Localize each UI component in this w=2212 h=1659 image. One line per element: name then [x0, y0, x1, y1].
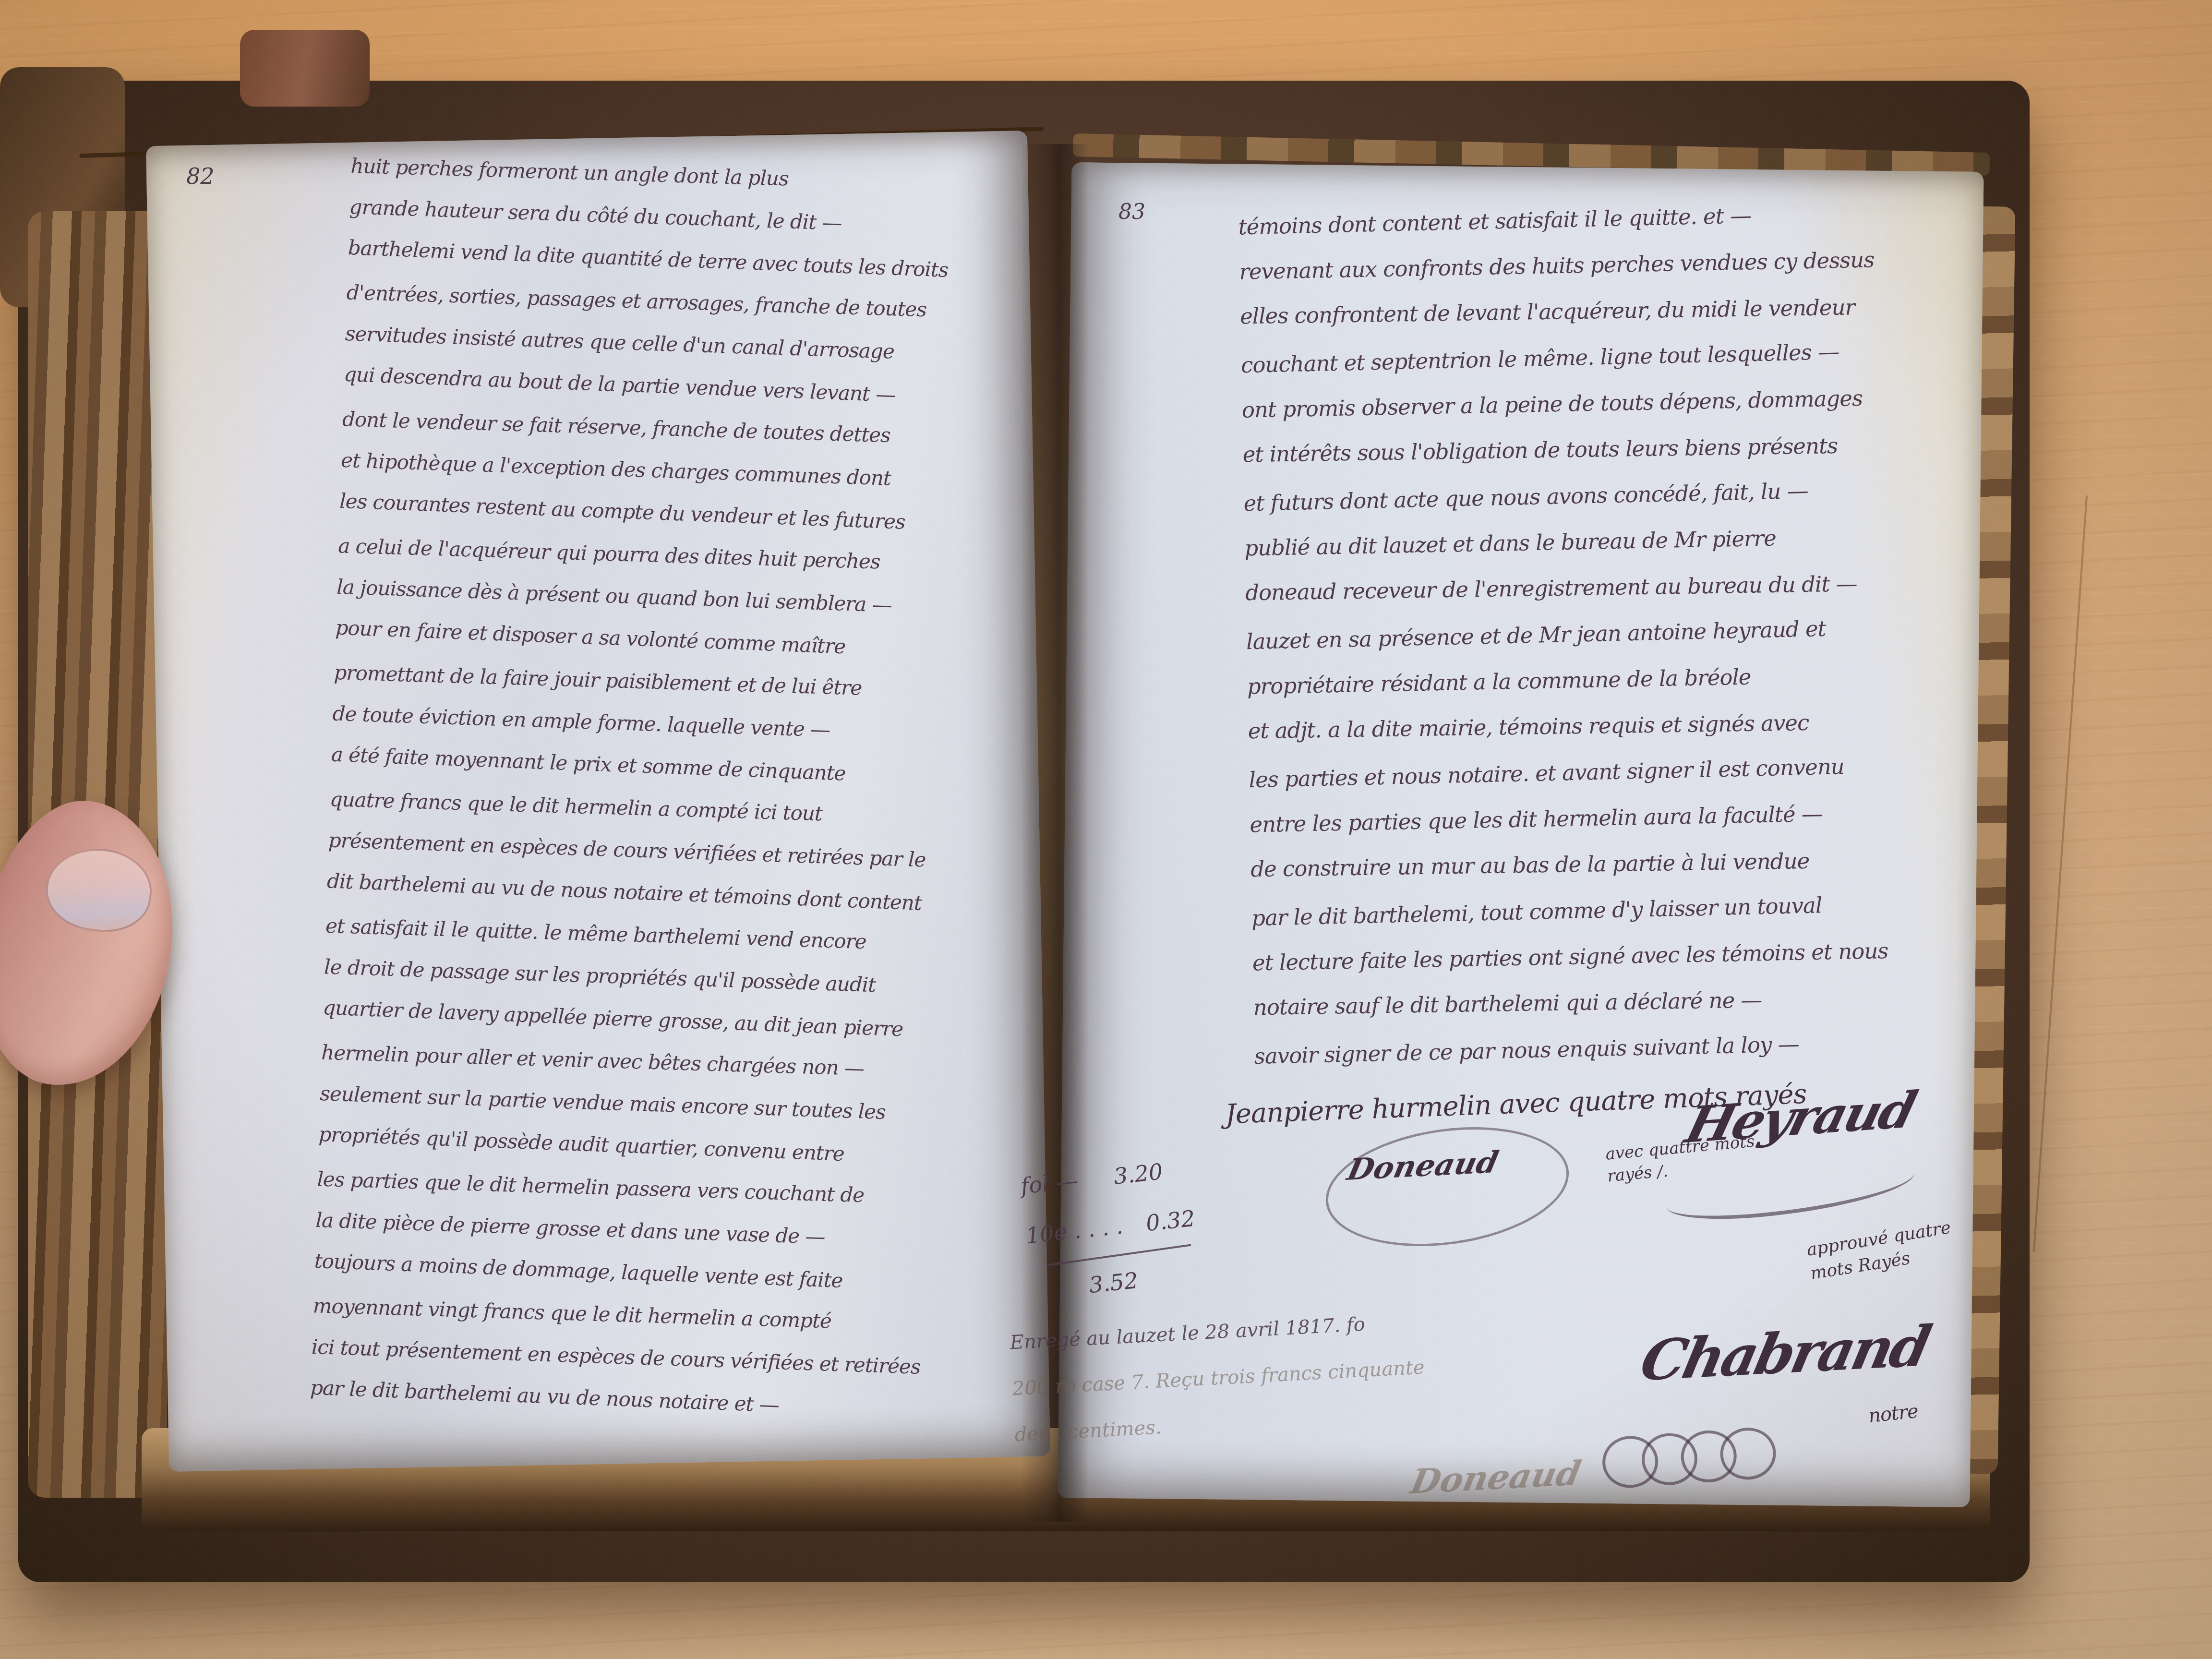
- right-page-number: 83: [1118, 200, 1145, 224]
- notary-paraph-loops: [1600, 1427, 1761, 1492]
- left-page-manuscript-text: huit perches formeront un angle dont la …: [310, 144, 1033, 1433]
- tally-label-fol: fol —: [1020, 1167, 1080, 1199]
- photo-scene: 82 83 huit perches formeront un angle do…: [0, 0, 2212, 1659]
- tally-value-fol: 3.20: [1112, 1158, 1164, 1189]
- book-gutter: [1022, 144, 1089, 1522]
- right-page-manuscript-text: témoins dont content et satisfait il le …: [1238, 189, 1984, 1079]
- tally-label-dixieme: 10e . . . .: [1024, 1213, 1124, 1249]
- tally-value-dixieme: 0.32: [1144, 1205, 1196, 1236]
- cover-corner-leather: [240, 30, 370, 107]
- wood-scratch: [2033, 495, 2088, 1252]
- left-page-number: 82: [186, 163, 215, 189]
